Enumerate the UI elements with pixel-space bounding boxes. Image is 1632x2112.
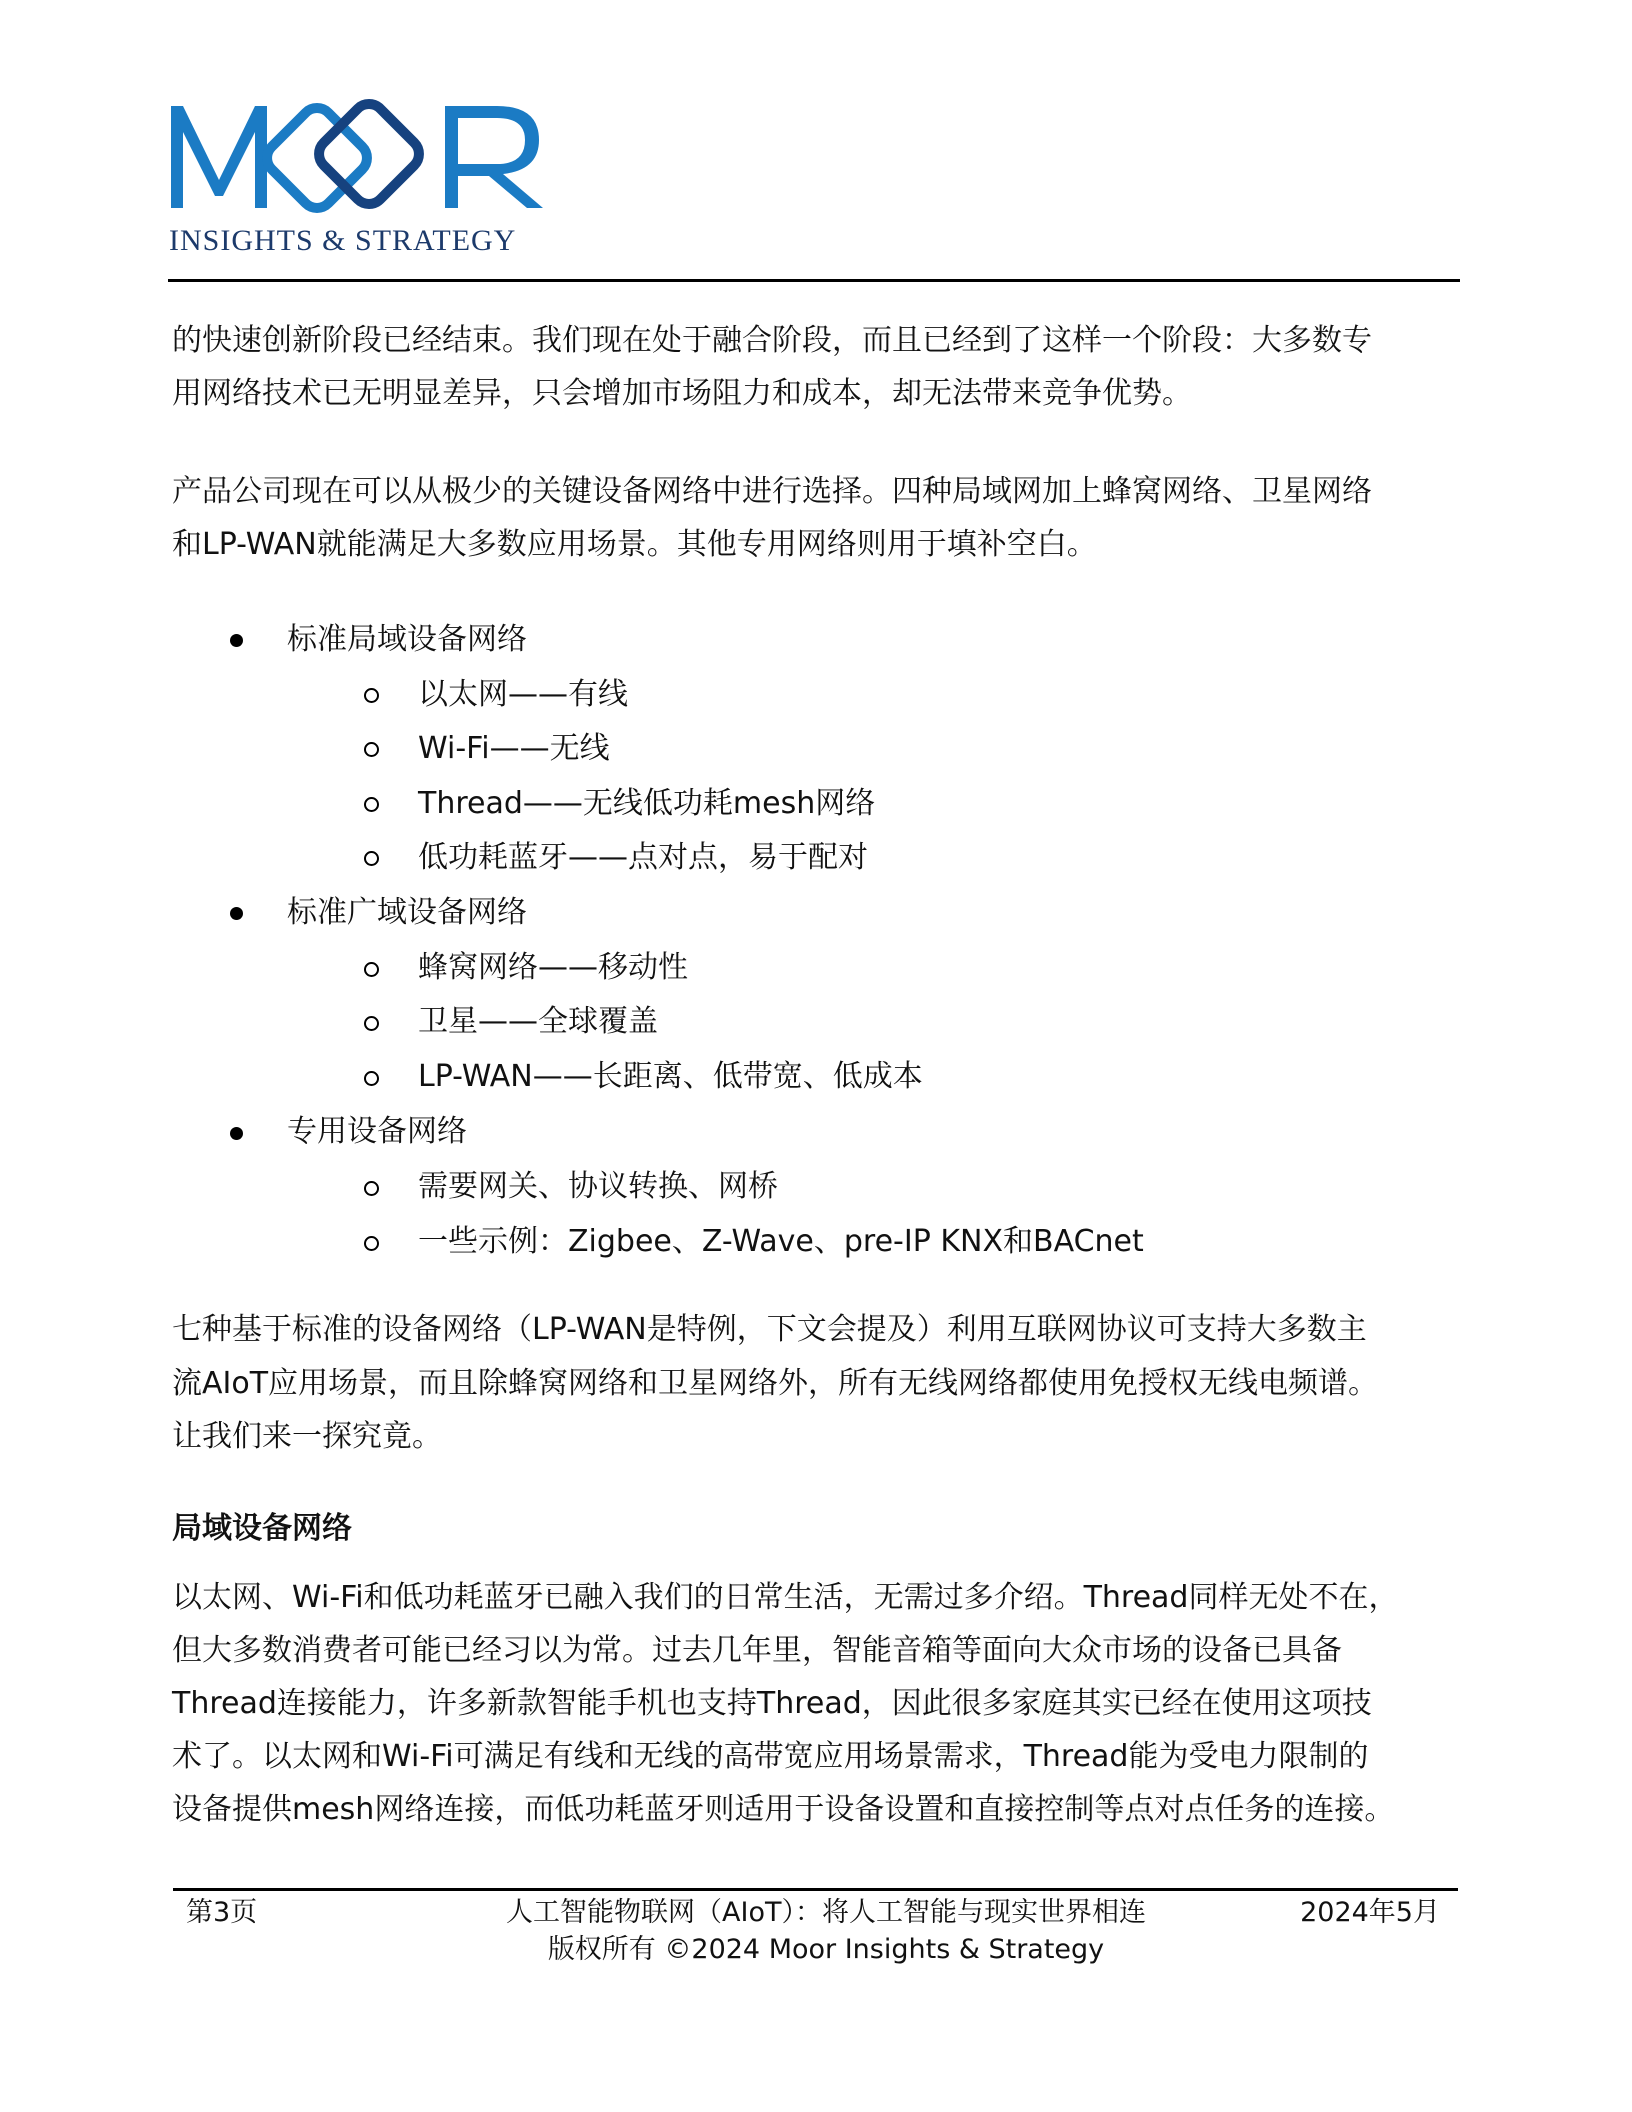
logo-mark-icon: INSIGHTS & STRATEGY	[167, 92, 557, 257]
bullet-dot-icon	[230, 907, 243, 920]
paragraph-3-line-2: 流AIoT应用场景，而且除蜂窝网络和卫星网络外，所有无线网络都使用免授权无线电频…	[172, 1364, 1378, 1404]
list-subitem: 需要网关、协议转换、网桥	[418, 1167, 778, 1207]
paragraph-4-line-2: 但大多数消费者可能已经习以为常。过去几年里，智能音箱等面向大众市场的设备已具备	[172, 1631, 1342, 1671]
list-subitem: 低功耗蓝牙——点对点，易于配对	[418, 838, 868, 878]
list-subitem: 以太网——有线	[418, 675, 628, 715]
svg-text:INSIGHTS & STRATEGY: INSIGHTS & STRATEGY	[169, 224, 516, 257]
list-subitem: 一些示例：Zigbee、Z-Wave、pre-IP KNX和BACnet	[418, 1222, 1144, 1262]
paragraph-4-line-1: 以太网、Wi-Fi和低功耗蓝牙已融入我们的日常生活，无需过多介绍。Thread同…	[172, 1578, 1398, 1618]
paragraph-2-line-2: 和LP-WAN就能满足大多数应用场景。其他专用网络则用于填补空白。	[172, 525, 1097, 565]
header-divider	[168, 279, 1460, 282]
section-heading: 局域设备网络	[172, 1509, 352, 1549]
list-item-wide-area-networks: 标准广域设备网络	[287, 893, 527, 933]
bullet-circle-icon	[364, 1236, 379, 1251]
list-subitem: 蜂窝网络——移动性	[418, 948, 688, 988]
bullet-circle-icon	[364, 851, 379, 866]
list-subitem: Thread——无线低功耗mesh网络	[418, 784, 875, 824]
bullet-circle-icon	[364, 688, 379, 703]
bullet-dot-icon	[230, 1127, 243, 1140]
list-subitem: Wi-Fi——无线	[418, 729, 610, 769]
publication-date: 2024年5月	[1300, 1895, 1440, 1931]
paragraph-3-line-1: 七种基于标准的设备网络（LP-WAN是特例，下文会提及）利用互联网协议可支持大多…	[172, 1310, 1367, 1350]
paragraph-4-line-4: 术了。以太网和Wi-Fi可满足有线和无线的高带宽应用场景需求，Thread能为受…	[172, 1737, 1368, 1777]
paragraph-4-line-5: 设备提供mesh网络连接，而低功耗蓝牙则适用于设备设置和直接控制等点对点任务的连…	[172, 1790, 1394, 1830]
bullet-circle-icon	[364, 1071, 379, 1086]
bullet-circle-icon	[364, 797, 379, 812]
list-subitem: LP-WAN——长距离、低带宽、低成本	[418, 1057, 923, 1097]
bullet-circle-icon	[364, 1181, 379, 1196]
bullet-circle-icon	[364, 742, 379, 757]
moor-insights-logo: INSIGHTS & STRATEGY	[167, 92, 557, 257]
paragraph-1-line-2: 用网络技术已无明显差异，只会增加市场阻力和成本，却无法带来竞争优势。	[172, 374, 1192, 414]
paragraph-4-line-3: Thread连接能力，许多新款智能手机也支持Thread，因此很多家庭其实已经在…	[172, 1684, 1372, 1724]
list-subitem: 卫星——全球覆盖	[418, 1002, 658, 1042]
bullet-circle-icon	[364, 1016, 379, 1031]
bullet-circle-icon	[364, 962, 379, 977]
copyright-notice: 版权所有 ©2024 Moor Insights & Strategy	[0, 1932, 1632, 1968]
paragraph-3-line-3: 让我们来一探究竟。	[172, 1417, 442, 1457]
paragraph-2-line-1: 产品公司现在可以从极少的关键设备网络中进行选择。四种局域网加上蜂窝网络、卫星网络	[172, 472, 1372, 512]
footer-divider	[173, 1888, 1458, 1891]
list-item-local-networks: 标准局域设备网络	[287, 620, 527, 660]
list-item-proprietary-networks: 专用设备网络	[287, 1112, 467, 1152]
bullet-dot-icon	[230, 634, 243, 647]
paragraph-1-line-1: 的快速创新阶段已经结束。我们现在处于融合阶段，而且已经到了这样一个阶段：大多数专	[172, 321, 1372, 361]
